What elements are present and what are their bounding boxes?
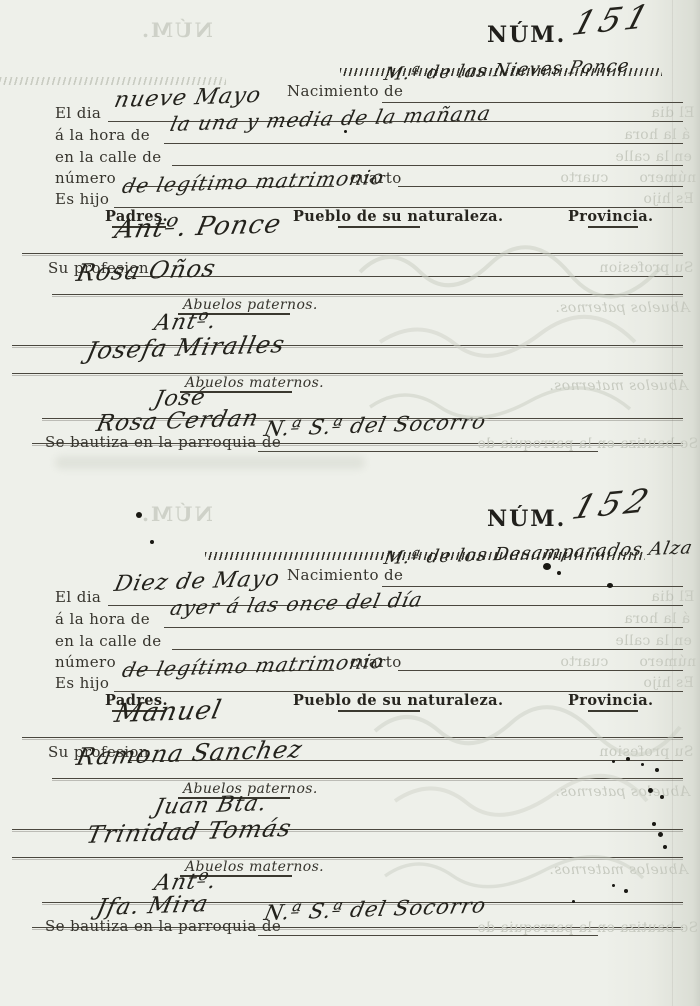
bleedthrough-numero: número: [639, 654, 696, 670]
baptism-register-page: NÚM. NÚM. 151 Nacimiento de M.ª de las N…: [0, 0, 700, 1006]
ghost-ink: [55, 456, 365, 469]
numero-label: número: [55, 169, 116, 187]
num-label: NÚM.: [487, 22, 566, 48]
paternal-grandmother-handwritten: Trinidad Tomás: [84, 814, 295, 849]
form-line: [164, 627, 683, 628]
father-name-handwritten: Antº. Ponce: [112, 209, 284, 245]
bautiza-label: Se bautiza en la parroquia de: [45, 433, 281, 451]
bleedthrough-abuelos-maternos: Abuelos maternos.: [549, 378, 688, 394]
ink-blot: [607, 583, 613, 588]
bleedthrough-profesion: Su profesion: [599, 744, 694, 760]
ghost-ink: [360, 696, 690, 916]
ink-blot: [655, 768, 659, 772]
bleedthrough-cuarto: cuarto: [560, 170, 608, 186]
el-dia-value-handwritten: nueve Mayo: [112, 83, 264, 113]
ink-blot: [136, 512, 142, 518]
calle-label: en la calle de: [55, 632, 161, 650]
hora-label: á la hora de: [55, 126, 150, 144]
ink-blot: [658, 832, 663, 837]
parroquia-value-handwritten: N.ª S.ª del Socorro: [262, 893, 489, 925]
parroquia-value-handwritten: N.ª S.ª del Socorro: [262, 409, 489, 441]
form-line: [22, 737, 683, 738]
form-line: [398, 670, 683, 671]
calle-label: en la calle de: [55, 148, 161, 166]
pueblo-header: Pueblo de su naturaleza.: [293, 208, 503, 225]
ink-blot: [626, 757, 630, 761]
es-hijo-value-handwritten: de legítimo matrimonio: [120, 165, 387, 198]
form-line: [52, 778, 683, 779]
nacimiento-value-handwritten: M.ª de los Desamparados Alza: [382, 537, 695, 569]
bleedthrough-abuelos-maternos: Abuelos maternos.: [549, 862, 688, 878]
form-line: [12, 373, 683, 374]
es-hijo-value-handwritten: de legítimo matrimonio: [120, 649, 387, 682]
mother-name-handwritten: Ramona Sanchez: [74, 735, 305, 771]
bleedthrough-calle: en la calle: [615, 633, 692, 649]
record-number-handwritten: 152: [568, 480, 657, 527]
header-underline: [588, 710, 638, 712]
bleedthrough-profesion: Su profesion: [599, 260, 694, 276]
provincia-header: Provincia.: [568, 692, 653, 709]
page-edge: [672, 0, 673, 1006]
ink-blot: [652, 822, 656, 826]
bleedthrough-calle: en la calle: [615, 149, 692, 165]
form-line: [22, 253, 683, 254]
ink-blot: [663, 845, 667, 849]
bleedthrough-bautiza: Se bautiza en la parroquia de: [477, 436, 698, 452]
es-hijo-label: Es hijo: [55, 190, 109, 208]
provincia-header: Provincia.: [568, 208, 653, 225]
record-number-handwritten: 151: [568, 0, 657, 43]
bleedthrough-hora: á la hora: [624, 611, 690, 627]
bleedthrough-es-hijo: Es hijo: [643, 191, 694, 207]
header-underline: [338, 226, 420, 228]
numero-label: número: [55, 653, 116, 671]
ink-blot: [543, 563, 551, 570]
header-underline: [588, 226, 638, 228]
num-label: NÚM.: [487, 506, 566, 532]
ink-blot: [572, 900, 575, 903]
nacimiento-value-handwritten: M.ª de las Nieves Ponce: [382, 56, 632, 85]
form-line: [12, 857, 683, 858]
ink-blot: [624, 889, 628, 893]
father-name-handwritten: Manuel: [112, 695, 225, 729]
ink-blot: [344, 130, 347, 133]
es-hijo-label: Es hijo: [55, 674, 109, 692]
bleedthrough-abuelos-paternos: Abuelos paternos.: [555, 784, 690, 800]
ink-blot: [641, 763, 644, 766]
ink-blot: [612, 760, 615, 763]
bleedthrough-abuelos-paternos: Abuelos paternos.: [555, 300, 690, 316]
form-line: [382, 586, 683, 587]
ink-blot: [150, 540, 154, 544]
bleedthrough-numero: número: [639, 170, 696, 186]
header-underline: [338, 710, 420, 712]
el-dia-label: El dia: [55, 588, 101, 606]
ink-blot: [648, 788, 653, 793]
form-line: [398, 186, 683, 187]
form-line: [52, 294, 683, 295]
bleedthrough-num-label: NÚM.: [140, 18, 213, 42]
bleedthrough-es-hijo: Es hijo: [643, 675, 694, 691]
ink-blot: [557, 571, 561, 575]
bautiza-label: Se bautiza en la parroquia de: [45, 917, 281, 935]
bleedthrough-bautiza: Se bautiza en la parroquia de: [477, 920, 698, 936]
paternal-grandmother-handwritten: Josefa Miralles: [84, 330, 288, 365]
el-dia-label: El dia: [55, 104, 101, 122]
ink-blot: [660, 795, 664, 799]
birth-record-2: NÚM. NÚM. 152 Nacimiento de M.ª de los D…: [0, 486, 700, 948]
birth-record-1: NÚM. NÚM. 151 Nacimiento de M.ª de las N…: [0, 2, 700, 464]
hora-label: á la hora de: [55, 610, 150, 628]
bleedthrough-cuarto: cuarto: [560, 654, 608, 670]
form-line: [172, 165, 683, 166]
bleedthrough-hora: á la hora: [624, 127, 690, 143]
ink-blot: [612, 884, 615, 887]
bleedthrough-hatch: [0, 77, 226, 85]
form-line: [172, 649, 683, 650]
form-line: [164, 143, 683, 144]
pueblo-header: Pueblo de su naturaleza.: [293, 692, 503, 709]
mother-name-handwritten: Rosa Oños: [74, 254, 219, 287]
bleedthrough-num-label: NÚM.: [140, 502, 213, 526]
